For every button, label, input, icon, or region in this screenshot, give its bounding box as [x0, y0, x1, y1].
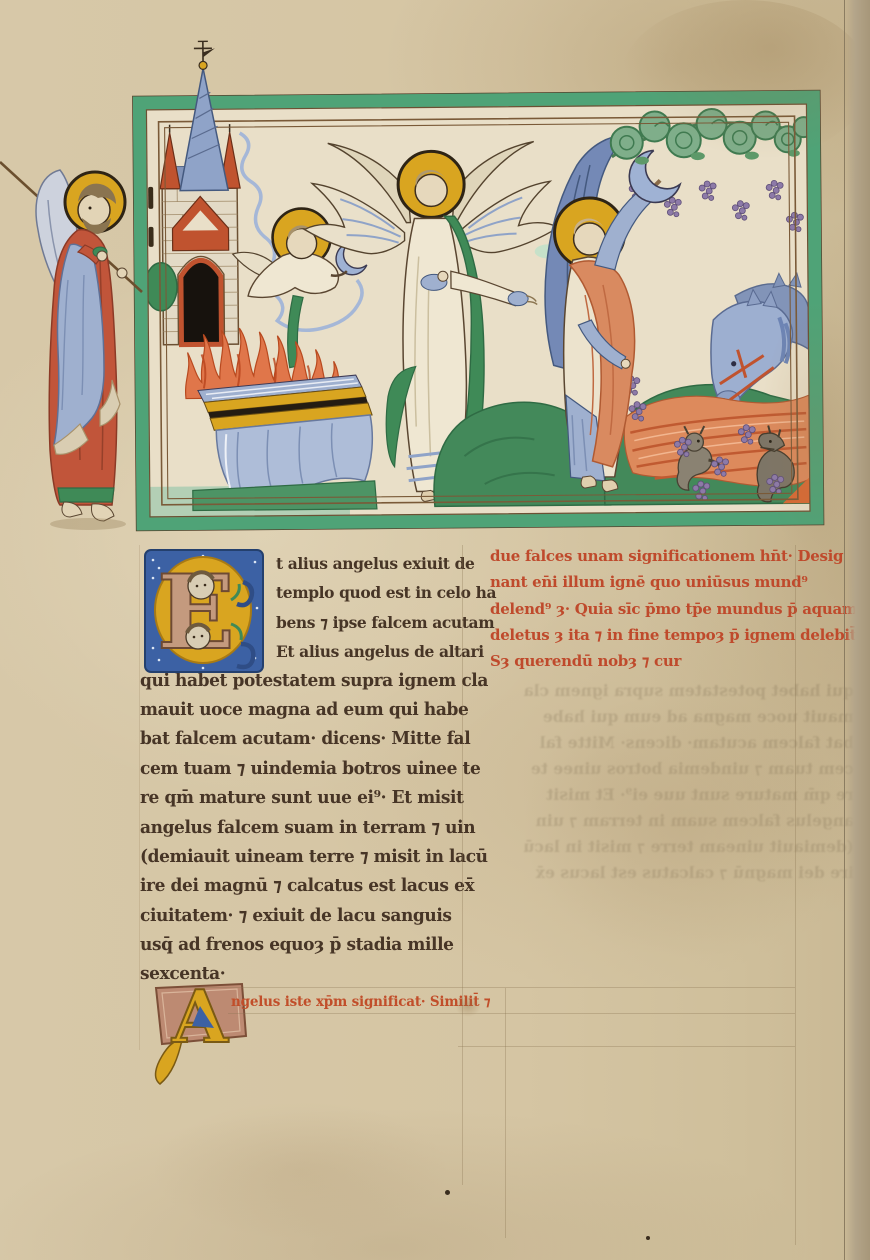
text-line: angelus falcem suam in terram ⁊ uin	[140, 813, 476, 844]
verso-show-through: qui habet potestatem supra ignem cla mau…	[498, 678, 854, 886]
text-line: re qm̄ mature sunt uue ei⁹· Et misit	[140, 784, 476, 815]
commentary-line: deletus ȝ ita ⁊ in fine tempoȝ p̄ ignem …	[490, 622, 862, 648]
bleed-line: cem tuam ⁊ uindemia botros uinee te	[498, 756, 854, 782]
text-line: ire dei magnū ⁊ calcatus est lacus ex̄	[140, 872, 476, 903]
st-john-margin-figure	[0, 140, 152, 560]
bleed-line: re qm̄ mature sunt uue ei⁹· Et misit	[498, 782, 854, 808]
illuminated-initial-e: E	[143, 548, 269, 676]
miniature-frame	[131, 33, 825, 539]
ruling-line	[505, 988, 506, 1238]
text-line: usq̄ ad frenos equoȝ p̄ stadia mille	[140, 930, 476, 961]
manuscript-page: t alius angelus exiuit de templo quod es…	[0, 0, 870, 1260]
bleed-line: angelus falcem suam in terram ⁊ uin	[498, 808, 854, 834]
ink-speck	[445, 1190, 450, 1195]
text-line: ciuitatem· ⁊ exiuit de lacu sanguis	[140, 901, 476, 932]
commentary-line: due falces unam significationem hn̄t· De…	[490, 543, 862, 569]
bleed-line: (demiauit uineam terre ⁊ misit in lacū	[498, 834, 854, 860]
text-line: bat falcem acutam· dicens· Mitte fal	[140, 725, 476, 756]
bleed-line: ire dei magnū ⁊ calcatus est lacus ex̄	[498, 860, 854, 886]
ruling-line	[139, 545, 140, 1050]
text-line: mauit uoce magna ad eum qui habe	[140, 695, 476, 726]
parchment-stain	[150, 1100, 450, 1240]
text-line: (demiauit uineam terre ⁊ misit in lacū	[140, 842, 476, 873]
red-commentary-column: due falces unam significationem hn̄t· De…	[490, 543, 862, 674]
ink-speck	[646, 1236, 650, 1240]
commentary-line: nant en̄i illum ignē quo uniūsus mund⁹	[490, 569, 862, 595]
ruling-line	[458, 1046, 795, 1047]
rubric-line: ngelus iste xp̄m significat· Similit̄ ⁊	[231, 994, 481, 1010]
miniature-scene	[131, 33, 825, 539]
page-edge	[844, 0, 870, 1260]
initial-letter-e: E	[157, 553, 235, 673]
ruling-line	[462, 545, 463, 1185]
bleed-line: bat falcem acutam· dicens· Mitte fal	[498, 730, 854, 756]
bleed-line: qui habet potestatem supra ignem cla	[498, 678, 854, 704]
commentary-line: delend⁹ ȝ· Quia sīc p̄mo tp̄e mundus p̄ …	[490, 596, 862, 622]
bleed-line: mauit uoce magna ad eum qui habe	[498, 704, 854, 730]
green-hem	[58, 488, 114, 502]
ruling-line	[795, 545, 796, 1245]
ruling-line	[183, 987, 795, 988]
commentary-line: Sȝ querendū nobȝ ⁊ cur	[490, 648, 862, 674]
ruling-line	[228, 1013, 795, 1014]
text-line: cem tuam ⁊ uindemia botros uinee te	[140, 754, 476, 785]
